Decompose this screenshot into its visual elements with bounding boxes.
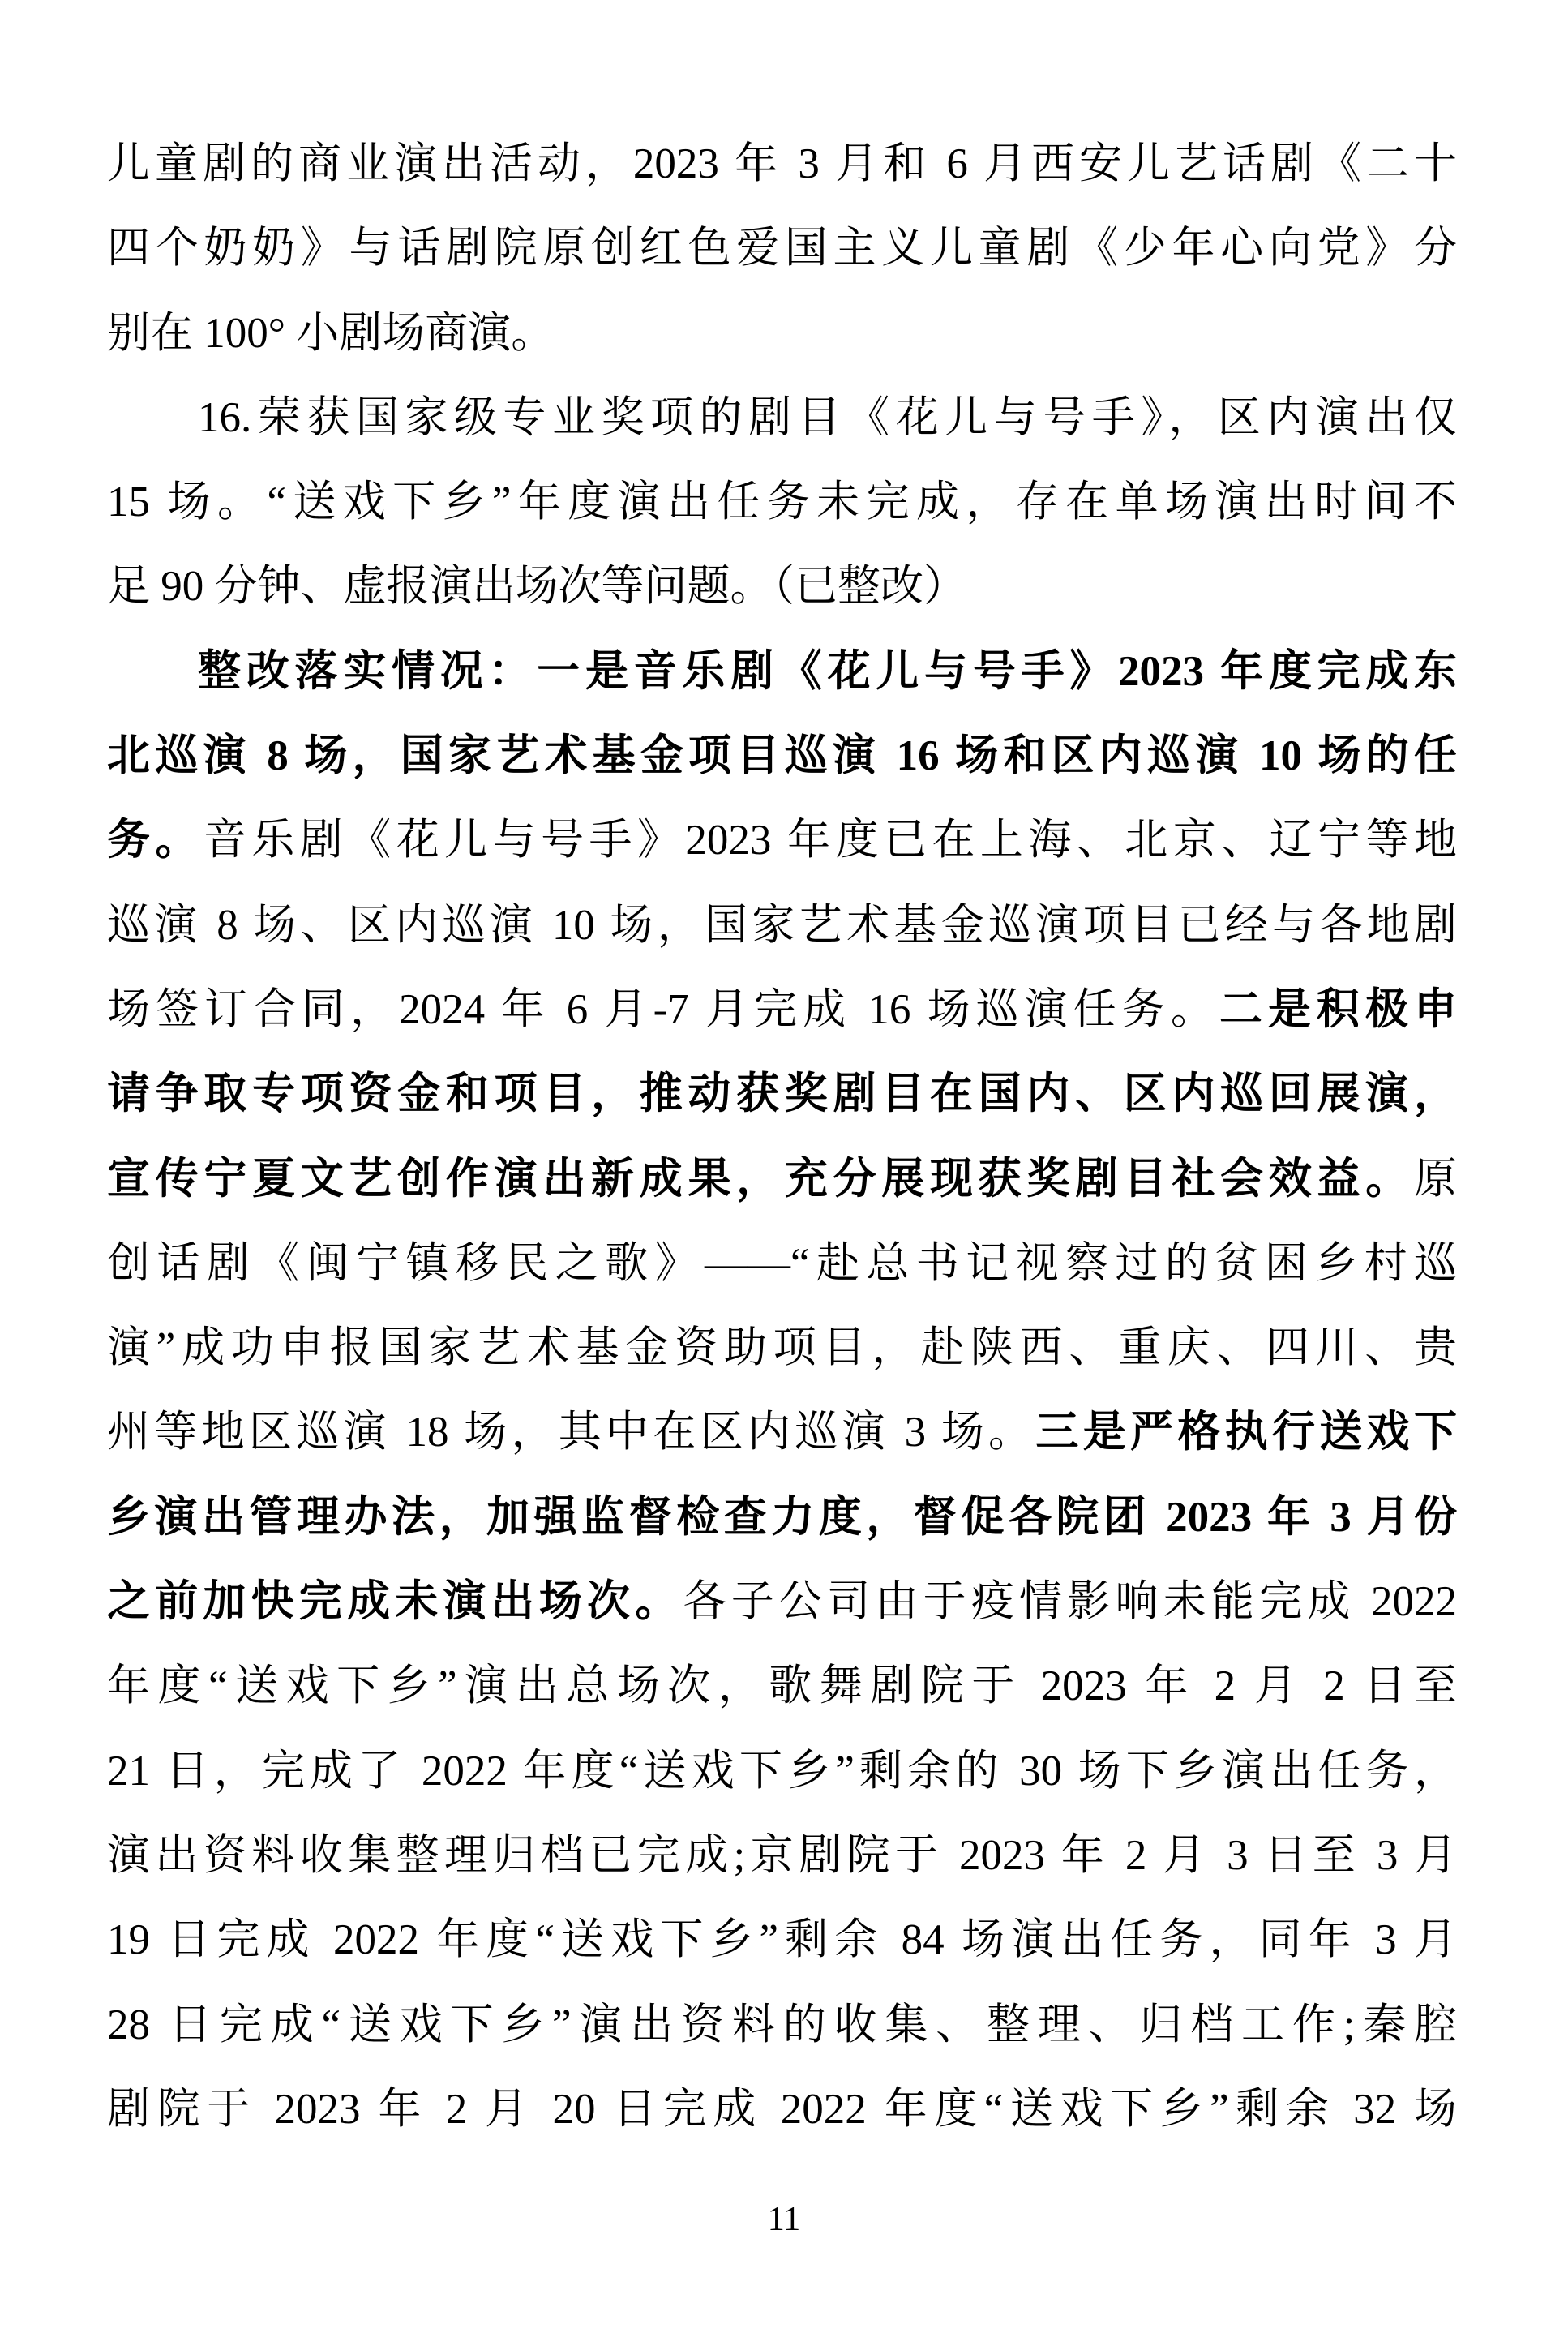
text-line: 15 场。“送戏下乡”年度演出任务未完成，存在单场演出时间不 [107,460,1457,544]
text-line: 州等地区巡演 18 场，其中在区内巡演 3 场。三是严格执行送戏下 [107,1390,1457,1474]
text-run: 15 场。“送戏下乡”年度演出任务未完成，存在单场演出时间不 [107,478,1457,525]
bold-text-run: 乡演出管理办法，加强监督检查力度，督促各院团 2023 年 3 月份 [107,1494,1457,1541]
text-line: 巡演 8 场、区内巡演 10 场，国家艺术基金巡演项目已经与各地剧 [107,883,1457,967]
text-line: 务。音乐剧《花儿与号手》2023 年度已在上海、北京、辽宁等地 [107,798,1457,882]
bold-text-run: 整改落实情况：一是音乐剧《花儿与号手》2023 年度完成东 [198,648,1457,695]
bold-text-run: 请争取专项资金和项目，推动获奖剧目在国内、区内巡回展演， [107,1070,1457,1117]
text-line: 剧院于 2023 年 2 月 20 日完成 2022 年度“送戏下乡”剩余 32… [107,2067,1457,2151]
text-run: 16.荣获国家级专业奖项的剧目《花儿与号手》，区内演出仅 [198,394,1457,441]
bold-text-run: 二是积极申 [1219,986,1457,1033]
text-line: 乡演出管理办法，加强监督检查力度，督促各院团 2023 年 3 月份 [107,1475,1457,1559]
text-run: 19 日完成 2022 年度“送戏下乡”剩余 84 场演出任务，同年 3 月 [107,1916,1457,1963]
text-line: 儿童剧的商业演出活动，2023 年 3 月和 6 月西安儿艺话剧《二十 [107,122,1457,206]
text-run: 原 [1414,1156,1457,1203]
text-run: 足 90 分钟、虚报演出场次等问题。（已整改） [107,563,966,610]
page-number: 11 [0,2199,1568,2240]
text-line: 请争取专项资金和项目，推动获奖剧目在国内、区内巡回展演， [107,1052,1457,1136]
document-page: 儿童剧的商业演出活动，2023 年 3 月和 6 月西安儿艺话剧《二十四个奶奶》… [0,0,1568,2342]
text-line: 演”成功申报国家艺术基金资助项目，赴陕西、重庆、四川、贵 [107,1306,1457,1390]
text-line: 四个奶奶》与话剧院原创红色爱国主义儿童剧《少年心向党》分 [107,206,1457,290]
text-line: 28 日完成“送戏下乡”演出资料的收集、整理、归档工作;秦腔 [107,1983,1457,2067]
text-run: 21 日，完成了 2022 年度“送戏下乡”剩余的 30 场下乡演出任务， [107,1748,1457,1795]
text-line: 场签订合同，2024 年 6 月-7 月完成 16 场巡演任务。二是积极申 [107,967,1457,1052]
text-line: 别在 100° 小剧场商演。 [107,291,1457,375]
text-run: 巡演 8 场、区内巡演 10 场，国家艺术基金巡演项目已经与各地剧 [107,902,1457,949]
text-run: 别在 100° 小剧场商演。 [107,310,554,357]
text-line: 之前加快完成未演出场次。各子公司由于疫情影响未能完成 2022 [107,1559,1457,1644]
text-run: 州等地区巡演 18 场，其中在区内巡演 3 场。 [107,1409,1035,1456]
bold-text-run: 三是严格执行送戏下 [1035,1409,1457,1456]
text-line: 足 90 分钟、虚报演出场次等问题。（已整改） [107,544,1457,628]
text-run: 各子公司由于疫情影响未能完成 2022 [683,1578,1457,1625]
bold-text-run: 务。 [107,817,203,864]
text-run: 创话剧《闽宁镇移民之歌》——“赴总书记视察过的贫困乡村巡 [107,1240,1457,1287]
text-line: 创话剧《闽宁镇移民之歌》——“赴总书记视察过的贫困乡村巡 [107,1221,1457,1306]
text-run: 四个奶奶》与话剧院原创红色爱国主义儿童剧《少年心向党》分 [107,225,1457,272]
text-line: 19 日完成 2022 年度“送戏下乡”剩余 84 场演出任务，同年 3 月 [107,1898,1457,1982]
text-run: 演出资料收集整理归档已完成;京剧院于 2023 年 2 月 3 日至 3 月 [107,1832,1457,1879]
text-line: 宣传宁夏文艺创作演出新成果，充分展现获奖剧目社会效益。原 [107,1137,1457,1221]
bold-text-run: 之前加快完成未演出场次。 [107,1578,683,1625]
text-run: 音乐剧《花儿与号手》2023 年度已在上海、北京、辽宁等地 [203,817,1457,864]
text-run: 28 日完成“送戏下乡”演出资料的收集、整理、归档工作;秦腔 [107,2001,1457,2048]
text-line: 演出资料收集整理归档已完成;京剧院于 2023 年 2 月 3 日至 3 月 [107,1813,1457,1898]
bold-text-run: 宣传宁夏文艺创作演出新成果，充分展现获奖剧目社会效益。 [107,1156,1414,1203]
text-line: 16.荣获国家级专业奖项的剧目《花儿与号手》，区内演出仅 [107,375,1457,460]
text-run: 年度“送戏下乡”演出总场次，歌舞剧院于 2023 年 2 月 2 日至 [107,1662,1457,1709]
text-line: 北巡演 8 场，国家艺术基金项目巡演 16 场和区内巡演 10 场的任 [107,714,1457,798]
text-run: 剧院于 2023 年 2 月 20 日完成 2022 年度“送戏下乡”剩余 32… [107,2086,1457,2133]
text-line: 整改落实情况：一是音乐剧《花儿与号手》2023 年度完成东 [107,629,1457,714]
text-run: 儿童剧的商业演出活动，2023 年 3 月和 6 月西安儿艺话剧《二十 [107,140,1457,187]
text-run: 演”成功申报国家艺术基金资助项目，赴陕西、重庆、四川、贵 [107,1324,1457,1371]
text-line: 21 日，完成了 2022 年度“送戏下乡”剩余的 30 场下乡演出任务， [107,1729,1457,1813]
text-run: 场签订合同，2024 年 6 月-7 月完成 16 场巡演任务。 [107,986,1219,1033]
text-line: 年度“送戏下乡”演出总场次，歌舞剧院于 2023 年 2 月 2 日至 [107,1644,1457,1728]
document-body-text: 儿童剧的商业演出活动，2023 年 3 月和 6 月西安儿艺话剧《二十四个奶奶》… [107,122,1457,2151]
bold-text-run: 北巡演 8 场，国家艺术基金项目巡演 16 场和区内巡演 10 场的任 [107,732,1457,779]
